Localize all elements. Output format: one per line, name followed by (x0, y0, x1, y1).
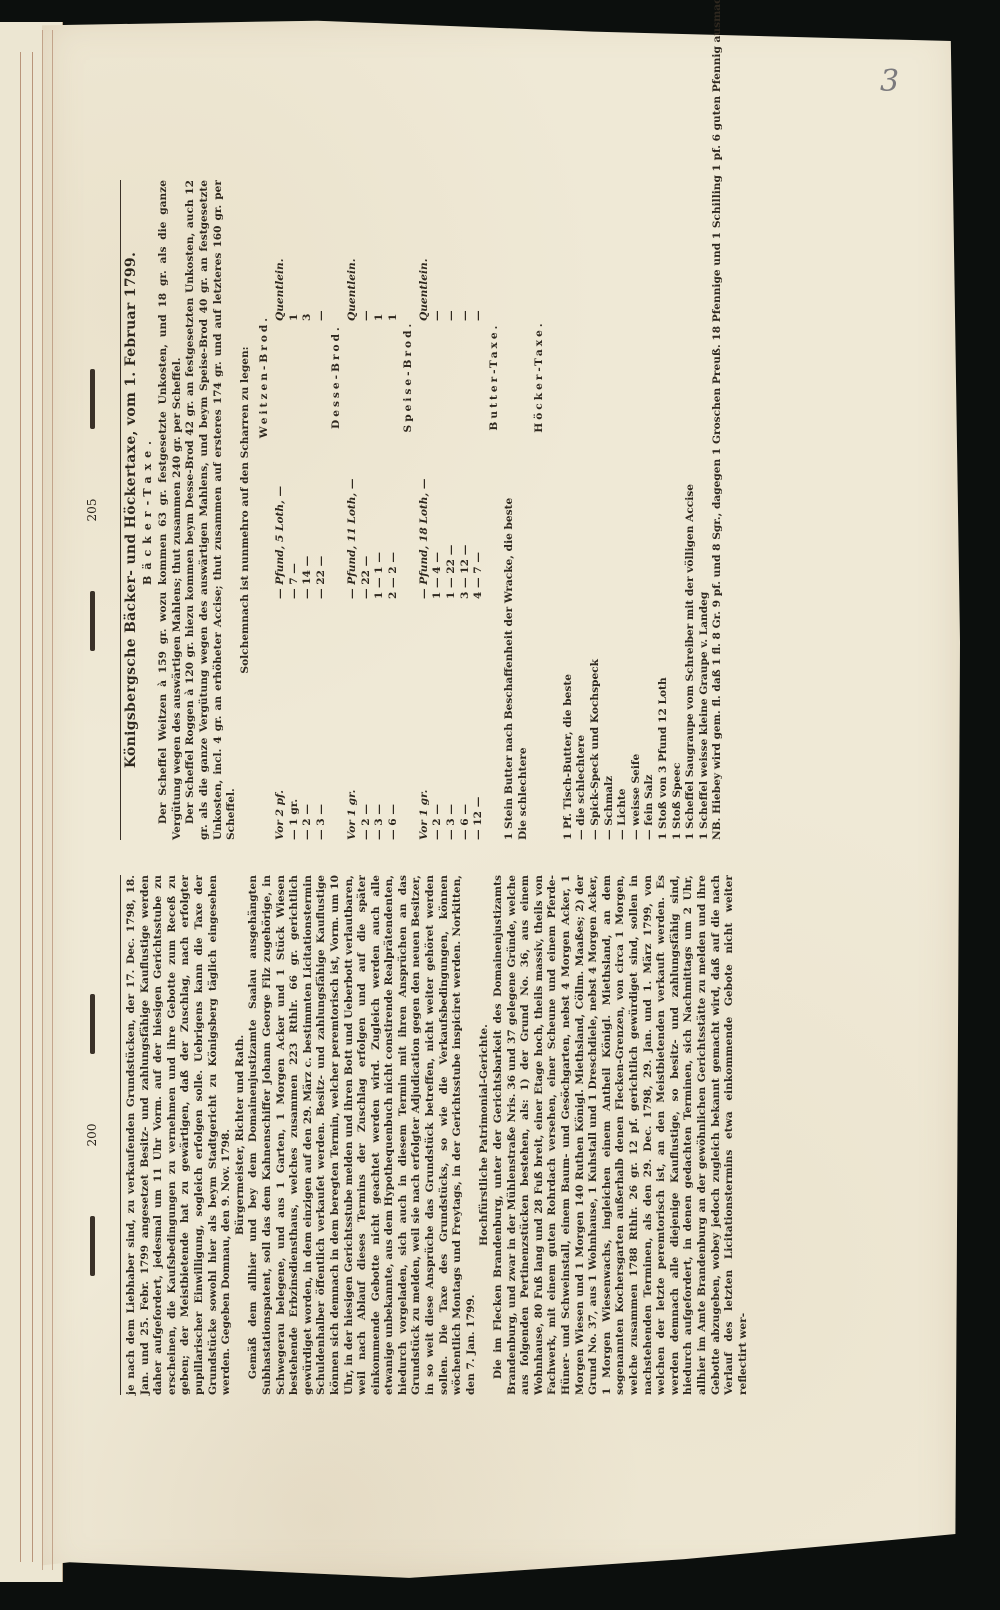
weight-cell: 1 — 4 — (431, 321, 445, 599)
bread-row: — 3 —1 — 22 —— (445, 0, 459, 840)
item-label: 1 Stoß Speec (671, 0, 685, 840)
hoecker-row: 1 Scheffel Saugraupe vom Schreiber mit d… (684, 0, 698, 840)
butter-row: Die schlechtere13 — 21 — (517, 0, 531, 840)
bread-row: — 6 —3 — 12 —— (459, 0, 473, 840)
item-label: 1 Scheffel Saugraupe vom Schreiber mit d… (684, 0, 698, 840)
notice-signature: Hochfürstliche Patrimonial-Gerichte. (478, 875, 492, 1395)
price-cell: — 2 — (360, 599, 374, 840)
weight-cell: — 7 — (288, 321, 302, 599)
hoecker-col-header: fl.gr.pf. (548, 0, 562, 840)
binding-edge (52, 30, 53, 1570)
page-number: 205 (85, 499, 99, 522)
weight-cell: 1 — 1 — (373, 321, 387, 599)
butter-heading: Butter-Taxe. (488, 0, 502, 840)
intro-paragraph: Der Scheffel Roggen à 120 gr. hiezu komm… (184, 180, 238, 840)
price-tariff-column: Königsbergsche Bäcker- und Höckertaxe, v… (120, 180, 825, 840)
intro-paragraph: Der Scheffel Weitzen à 159 gr. wozu komm… (157, 180, 184, 840)
hoecker-row: 1 Pf. Tisch-Butter, die beste——5 (562, 0, 576, 840)
weight-cell: — 22 — (360, 321, 374, 599)
unit-cell: 3 (301, 0, 315, 321)
bread-row: — 2 —— 14 —3 (301, 0, 315, 840)
hoecker-row: 1 Scheffel weisse kleine Graupe v. Lande… (698, 0, 712, 840)
ornament-bar (90, 369, 95, 429)
page-header-left: 200 (80, 875, 104, 1395)
pencil-folio-number: 3 (880, 64, 899, 99)
notice-paragraph: Gemäß dem allhier und bey dem Domainenju… (247, 875, 478, 1395)
unit-cell: — (431, 0, 445, 321)
hoecker-row: 1 Stoß von 3 Pfund 12 Loth—712 (657, 0, 671, 840)
notice-signature: Bürgermeister, Richter und Rath. (234, 875, 248, 1395)
weight-cell: — Pfund, 18 Loth, — (418, 321, 432, 599)
bread-row: — 2 —— 22 —— (360, 0, 374, 840)
item-label: NB. Hiebey wird gem. fl. daß 1 fl. 8 Gr.… (711, 0, 725, 840)
price-cell: — 1 gr. (288, 599, 302, 840)
weight-cell: 1 — 22 — (445, 321, 459, 599)
price-cell: Vor 1 gr. (346, 599, 360, 840)
item-label: Die schlechtere (517, 0, 531, 840)
hoecker-row: — die schlechtere—14— (575, 0, 589, 840)
price-cell: — 3 — (373, 599, 387, 840)
price-cell: — 3 — (445, 599, 459, 840)
item-label: — Schmalz (603, 0, 617, 840)
tariff-subtitle: Bäcker-Taxe. (141, 180, 155, 840)
bread-group-heading: Desse-Brod. (330, 0, 344, 840)
hoecker-row: NB. Hiebey wird gem. fl. daß 1 fl. 8 Gr.… (711, 0, 725, 840)
fold-line (20, 52, 21, 1562)
unit-cell: Quentlein. (274, 0, 288, 321)
ornament-bar (90, 1216, 95, 1276)
unit-cell: — (459, 0, 473, 321)
bread-group-heading: Speise-Brod. (402, 0, 416, 840)
unit-cell: Quentlein. (418, 0, 432, 321)
bread-row-header: Vor 2 pf. — Pfund, 5 Loth, — Quentlein. (274, 0, 288, 840)
price-cell: — 6 — (459, 599, 473, 840)
hoecker-row: 1 Stoß Speec—10— (671, 0, 685, 840)
weight-cell: 3 — 12 — (459, 321, 473, 599)
unit-cell: — (315, 0, 329, 321)
rotated-print-block: 200 205 je nach dem Liebhaber sind, zu v… (120, 175, 820, 1395)
hoecker-heading: Höcker-Taxe. (533, 0, 547, 840)
weight-cell: — 22 — (315, 321, 329, 599)
item-label: — Spick-Speck und Kochspeck (589, 0, 603, 840)
notice-paragraph: Die im Flecken Brandenburg, unter der Ge… (492, 875, 750, 1395)
ornament-bar (90, 994, 95, 1054)
bread-row: — 2 —1 — 4 —— (431, 0, 445, 840)
weight-cell: — Pfund, 5 Loth, — (274, 321, 288, 599)
unit-cell: 1 (387, 0, 401, 321)
hoecker-row: — weisse Seife—13— (630, 0, 644, 840)
item-label: 1 Pf. Tisch-Butter, die beste (562, 0, 576, 840)
price-cell: Vor 2 pf. (274, 599, 288, 840)
item-label: — die schlechtere (575, 0, 589, 840)
butter-row: 1 Stein Butter nach Beschaffenheit der W… (503, 0, 517, 840)
hoecker-row: — fein Salz—26 (643, 0, 657, 840)
bread-row-header: Vor 1 gr. — Pfund, 11 Loth, — Quentlein. (346, 0, 360, 840)
fold-line (32, 52, 33, 1562)
price-cell: — 12 — (472, 599, 486, 840)
binding-edge (42, 30, 43, 1570)
hoecker-rows: 1 Pf. Tisch-Butter, die beste——5— die sc… (562, 0, 725, 840)
unit-cell: — (445, 0, 459, 321)
bread-butter-hoecker-table: Weitzen-Brod. Vor 2 pf. — Pfund, 5 Loth,… (256, 0, 725, 840)
bread-row: — 6 —2 — 2 —1 (387, 0, 401, 840)
bread-row: — 3 —— 22 —— (315, 0, 329, 840)
item-label: 1 Stein Butter nach Beschaffenheit der W… (503, 0, 517, 840)
bread-group-heading: Weitzen-Brod. (258, 0, 272, 840)
hoecker-row: — Spick-Speck und Kochspeck—15— (589, 0, 603, 840)
price-cell: Vor 1 gr. (418, 599, 432, 840)
price-cell: — 6 — (387, 599, 401, 840)
weight-cell: 4 — 7 — (472, 321, 486, 599)
bread-row: — 12 —4 — 7 —— (472, 0, 486, 840)
item-label: 1 Scheffel weisse kleine Graupe v. Lande… (698, 0, 712, 840)
tariff-title: Königsbergsche Bäcker- und Höckertaxe, v… (125, 180, 139, 840)
price-cell: — 3 — (315, 599, 329, 840)
weight-cell: — 14 — (301, 321, 315, 599)
hoecker-row: — Schmalz—18— (603, 0, 617, 840)
tariff-tables: Weitzen-Brod. Vor 2 pf. — Pfund, 5 Loth,… (256, 180, 725, 840)
hoecker-row: — Lichte—1512 (616, 0, 630, 840)
legal-notices-column: je nach dem Liebhaber sind, zu verkaufen… (120, 875, 825, 1395)
unit-cell: 1 (288, 0, 302, 321)
notice-paragraph: je nach dem Liebhaber sind, zu verkaufen… (125, 875, 234, 1395)
weight-cell: — Pfund, 11 Loth, — (346, 321, 360, 599)
unit-cell: Quentlein. (346, 0, 360, 321)
unit-cell: — (472, 0, 486, 321)
item-label: 1 Stoß von 3 Pfund 12 Loth (657, 0, 671, 840)
bread-row: — 1 gr.— 7 —1 (288, 0, 302, 840)
intro-paragraph: Solchemnach ist nunmehro auf den Scharre… (239, 180, 253, 840)
bread-row-header: Vor 1 gr. — Pfund, 18 Loth, — Quentlein. (418, 0, 432, 840)
page-number: 200 (85, 1124, 99, 1147)
item-label: — weisse Seife (630, 0, 644, 840)
ornament-bar (90, 591, 95, 651)
bread-row: — 3 —1 — 1 —1 (373, 0, 387, 840)
item-label: — fein Salz (643, 0, 657, 840)
price-cell: — 2 — (431, 599, 445, 840)
unit-cell: — (360, 0, 374, 321)
page-header-right: 205 (80, 180, 104, 840)
weight-cell: 2 — 2 — (387, 321, 401, 599)
unit-cell: 1 (373, 0, 387, 321)
item-label: — Lichte (616, 0, 630, 840)
price-cell: — 2 — (301, 599, 315, 840)
